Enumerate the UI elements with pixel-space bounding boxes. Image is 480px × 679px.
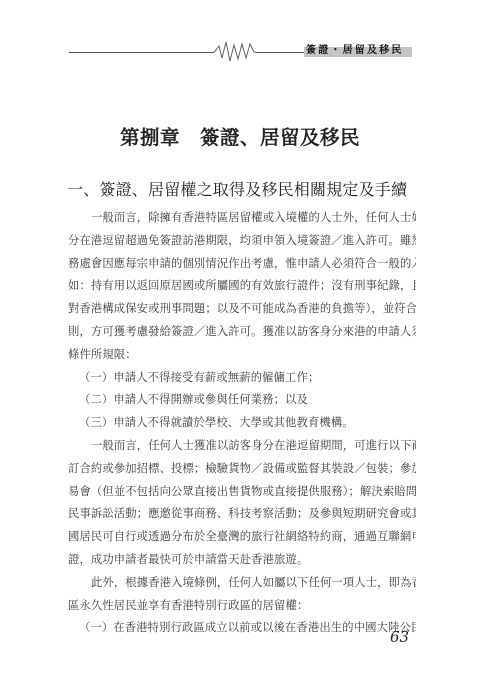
zigzag-rule-icon [0, 0, 480, 70]
running-header: 簽證・居留及移民 [0, 0, 480, 70]
list-item: （一）申請人不得接受有薪或無薪的僱傭工作； [68, 367, 416, 390]
paragraph-line: 對香港構成保安或刑事問題；以及不可能成為香港的負擔等），並符合有關資格準 [68, 298, 416, 321]
paragraph-line: 一般而言，除擁有香港特區居留權或入境權的人士外，任何人士如欲以旅客身 [68, 207, 416, 230]
chapter-title: 第捌章 簽證、居留及移民 [0, 122, 480, 150]
running-title: 簽證・居留及移民 [306, 44, 404, 57]
list-item: （三）申請人不得就讀於學校、大學或其他教育機構。 [68, 412, 416, 435]
paragraph-line: 證，成功申請者最快可於申請當天赴香港旅遊。 [68, 549, 416, 572]
paragraph-line: 訂合約或參加招標、投標；檢驗貨物／設備或監督其裝設／包裝；參加展覽會、交 [68, 458, 416, 481]
body-text: 一般而言，除擁有香港特區居留權或入境權的人士外，任何人士如欲以旅客身 分在港逗留… [68, 207, 416, 640]
paragraph-line: 易會（但並不包括向公眾直接出售貨物或直接提供服務）；解決索賠問題或者進行 [68, 481, 416, 504]
list-item: （二）申請人不得開辦或參與任何業務；以及 [68, 389, 416, 412]
paragraph-line: 如：持有用以返回原居國或所屬國的有效旅行證件；沒有刑事紀錄，且其入境不會 [68, 275, 416, 298]
paragraph-line: 民事訴訟活動；應邀從事商務、科技考察活動；及參與短期研究會或其他會議。我 [68, 503, 416, 526]
paragraph-line: 分在港逗留超過免簽證訪港期限，均須申領入境簽證／進入許可。雖然香港入境事 [68, 230, 416, 253]
paragraph-line: 國居民可自行或透過分布於全臺灣的旅行社網絡特約商，通過互聯網申請網上快 [68, 526, 416, 549]
paragraph-line: 此外，根據香港入境條例，任何人如屬以下任何一項人士，即為香港特別行政 [68, 572, 416, 595]
paragraph-line: 區永久性居民並享有香港特別行政區的居留權： [68, 595, 416, 618]
section-title: 一、簽證、居留權之取得及移民相關規定及手續 [67, 177, 407, 200]
page-number: 63 [390, 628, 409, 646]
paragraph-line: 則，方可獲考慮發給簽證／進入許可。獲准以訪客身分來港的申請人須受下列逗留 [68, 321, 416, 344]
list-item: （一）在香港特別行政區成立以前或以後在香港出生的中國大陸公民。 [68, 617, 416, 640]
paragraph-line: 一般而言，任何人士獲准以訪客身分在港逗留期間，可進行以下商務活動：簽 [68, 435, 416, 458]
paragraph-line: 條件所規限： [68, 344, 416, 367]
paragraph-line: 務處會因應每宗申請的個別情況作出考慮，惟申請人必須符合一般的入境規定（例 [68, 253, 416, 276]
